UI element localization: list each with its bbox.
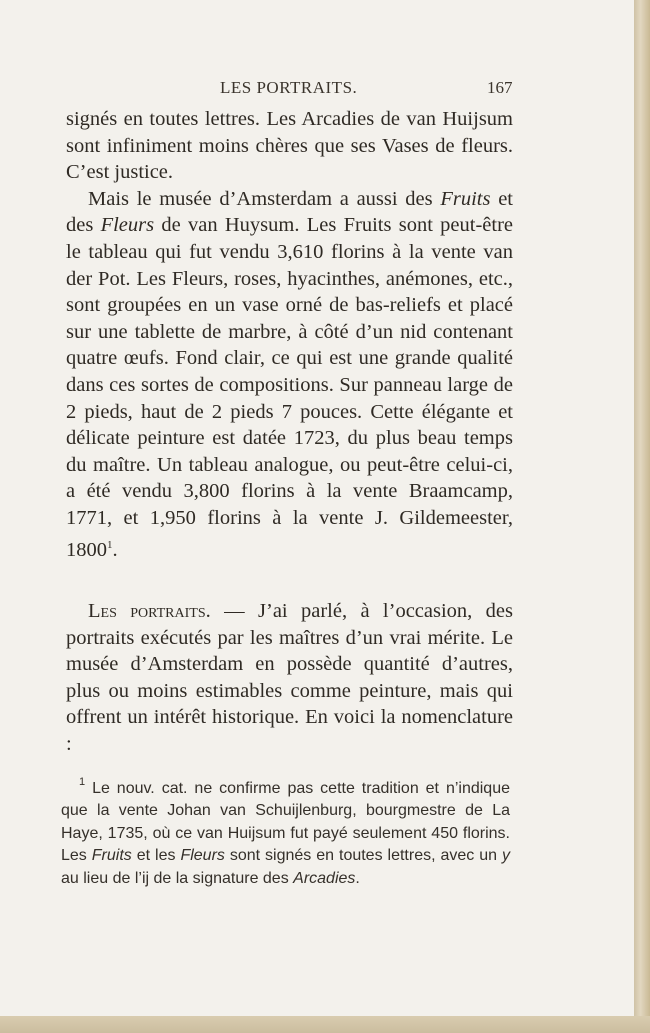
paragraph-text: signés en toutes lettres. Les Arcadies d…	[66, 108, 513, 183]
running-head: LES PORTRAITS. 167	[0, 78, 634, 98]
section-gap	[66, 563, 513, 598]
paragraph-text: Mais le musée d’Amsterdam a aussi des	[88, 188, 440, 210]
italic-title-fleurs: Fleurs	[180, 847, 224, 864]
footnote-text: 1 Le nouv. cat. ne confirme pas cette tr…	[61, 771, 510, 890]
page-edge-right	[634, 0, 650, 1033]
italic-title-fruits: Fruits	[440, 188, 490, 210]
paragraph-text: .	[113, 539, 118, 561]
italic-title-fruits: Fruits	[92, 847, 132, 864]
paragraph-fruits-fleurs: Mais le musée d’Amsterdam a aussi des Fr…	[66, 186, 513, 563]
book-page: LES PORTRAITS. 167 signés en toutes lett…	[0, 0, 634, 1016]
paragraph-text: de van Huysum. Les Fruits sont peut-être…	[66, 214, 513, 560]
footnote-segment: et les	[132, 847, 181, 864]
paragraph-text: — J’ai parlé, à l’occasion, des portrait…	[66, 600, 513, 755]
page-number: 167	[487, 78, 513, 98]
footnote: 1 Le nouv. cat. ne confirme pas cette tr…	[61, 771, 510, 890]
paragraph-continuation: signés en toutes lettres. Les Arcadies d…	[66, 106, 513, 186]
page-edge-bottom	[0, 1016, 650, 1033]
footnote-segment: .	[355, 870, 359, 887]
italic-title-fleurs: Fleurs	[101, 214, 155, 236]
italic-letter-y: y	[502, 847, 510, 864]
footnote-segment: sont signés en toutes lettres, avec un	[225, 847, 502, 864]
italic-title-arcadies: Arcadies	[293, 870, 355, 887]
running-head-title: LES PORTRAITS.	[220, 78, 357, 98]
section-heading-small-caps: Les portraits.	[88, 600, 211, 622]
paragraph-portraits: Les portraits. — J’ai parlé, à l’occasio…	[66, 598, 513, 758]
footnote-segment: au lieu de l’ij de la signature des	[61, 870, 293, 887]
body-text: signés en toutes lettres. Les Arcadies d…	[66, 106, 513, 758]
